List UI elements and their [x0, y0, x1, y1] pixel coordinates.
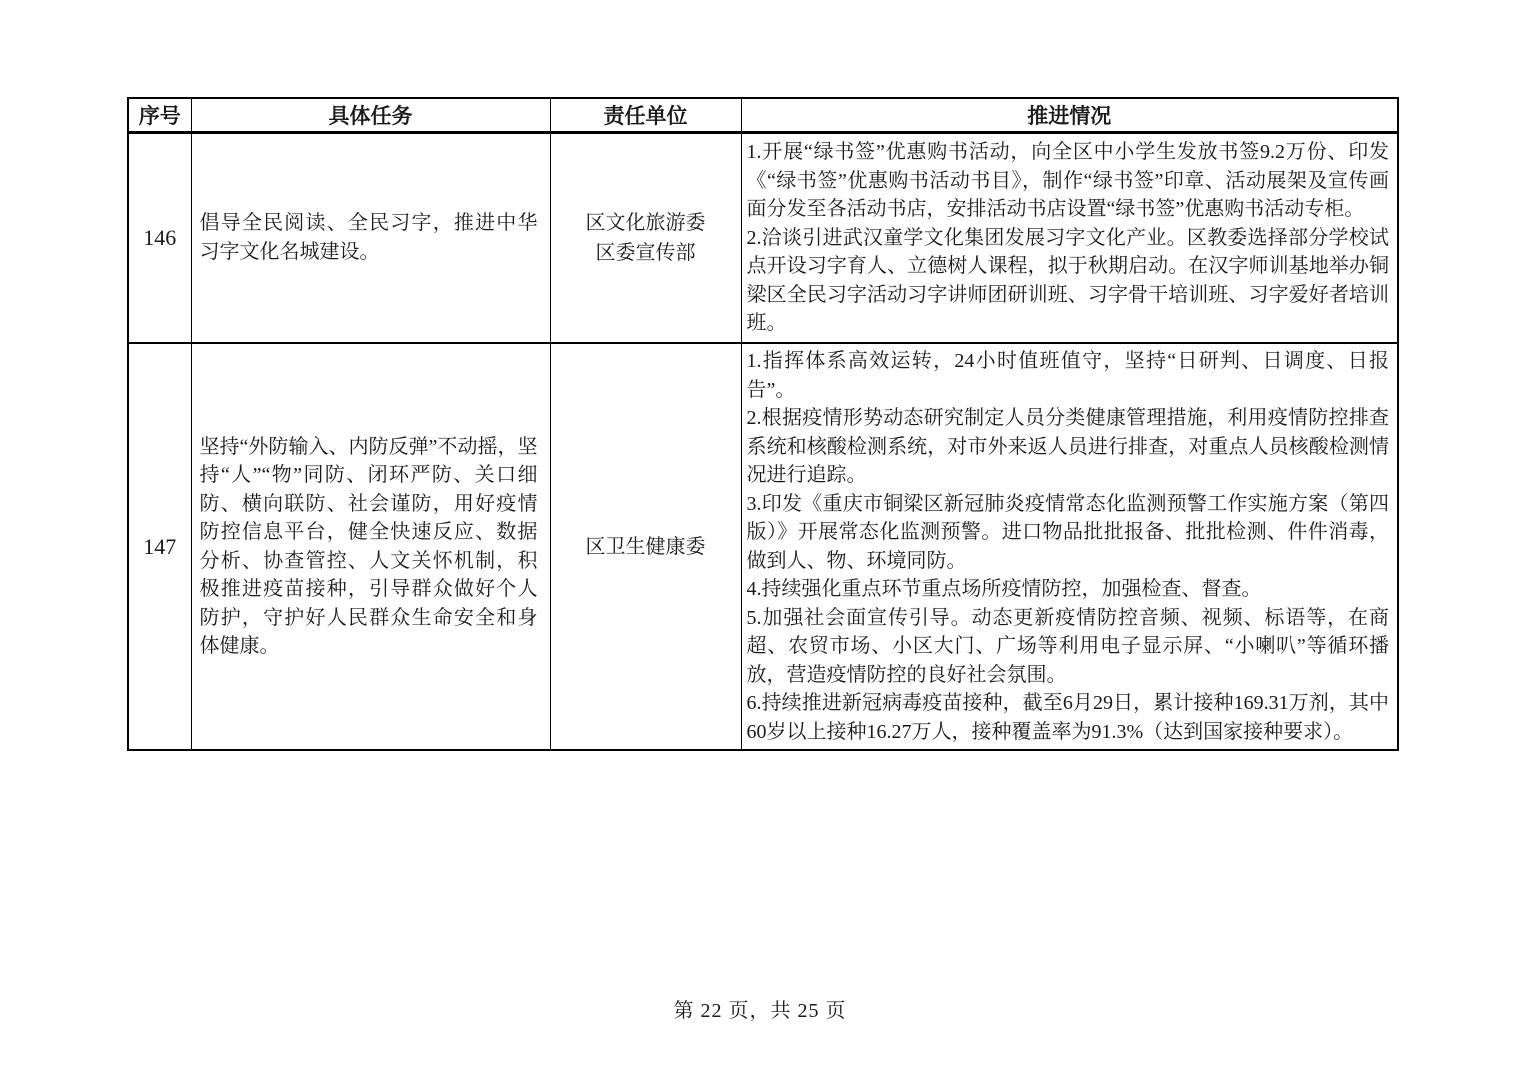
- progress-item: 2.洽谈引进武汉童学文化集团发展习字文化产业。区教委选择部分学校试点开设习字育人…: [747, 224, 1390, 338]
- table-row: 147 坚持“外防输入、内防反弹”不动摇，坚持“人”“物”同防、闭环严防、关口细…: [128, 343, 1398, 750]
- table-row: 146 倡导全民阅读、全民习字，推进中华习字文化名城建设。 区文化旅游委 区委宣…: [128, 132, 1398, 343]
- task-text: 坚持“外防输入、内防反弹”不动摇，坚持“人”“物”同防、闭环严防、关口细防、横向…: [191, 343, 550, 750]
- unit-line: 区委宣传部: [555, 238, 737, 268]
- progress-text: 1.开展“绿书签”优惠购书活动，向全区中小学生发放书签9.2万份、印发《“绿书签…: [741, 132, 1398, 343]
- column-header-serial: 序号: [128, 98, 191, 132]
- progress-item: 4.持续强化重点环节重点场所疫情防控，加强检查、督查。: [747, 575, 1390, 604]
- progress-item: 1.开展“绿书签”优惠购书活动，向全区中小学生发放书签9.2万份、印发《“绿书签…: [747, 138, 1390, 224]
- unit-line: 区文化旅游委: [555, 208, 737, 238]
- progress-item: 5.加强社会面宣传引导。动态更新疫情防控音频、视频、标语等，在商超、农贸市场、小…: [747, 604, 1390, 690]
- column-header-task: 具体任务: [191, 98, 550, 132]
- progress-item: 3.印发《重庆市铜梁区新冠肺炎疫情常态化监测预警工作实施方案（第四版）》开展常态…: [747, 490, 1390, 576]
- document-page: 序号 具体任务 责任单位 推进情况 146 倡导全民阅读、全民习字，推进中华习字…: [0, 0, 1520, 1074]
- column-header-progress: 推进情况: [741, 98, 1398, 132]
- progress-item: 1.指挥体系高效运转，24小时值班值守，坚持“日研判、日调度、日报告”。: [747, 347, 1390, 404]
- unit-line: 区卫生健康委: [555, 532, 737, 562]
- serial-number: 146: [128, 132, 191, 343]
- responsible-unit: 区卫生健康委: [550, 343, 741, 750]
- serial-number: 147: [128, 343, 191, 750]
- page-number-indicator: 第 22 页，共 25 页: [0, 994, 1520, 1023]
- task-progress-table: 序号 具体任务 责任单位 推进情况 146 倡导全民阅读、全民习字，推进中华习字…: [127, 97, 1399, 751]
- task-text: 倡导全民阅读、全民习字，推进中华习字文化名城建设。: [191, 132, 550, 343]
- table-header-row: 序号 具体任务 责任单位 推进情况: [128, 98, 1398, 132]
- column-header-unit: 责任单位: [550, 98, 741, 132]
- responsible-unit: 区文化旅游委 区委宣传部: [550, 132, 741, 343]
- progress-item: 6.持续推进新冠病毒疫苗接种，截至6月29日，累计接种169.31万剂，其中60…: [747, 689, 1390, 746]
- progress-text: 1.指挥体系高效运转，24小时值班值守，坚持“日研判、日调度、日报告”。 2.根…: [741, 343, 1398, 750]
- progress-item: 2.根据疫情形势动态研究制定人员分类健康管理措施，利用疫情防控排查系统和核酸检测…: [747, 404, 1390, 490]
